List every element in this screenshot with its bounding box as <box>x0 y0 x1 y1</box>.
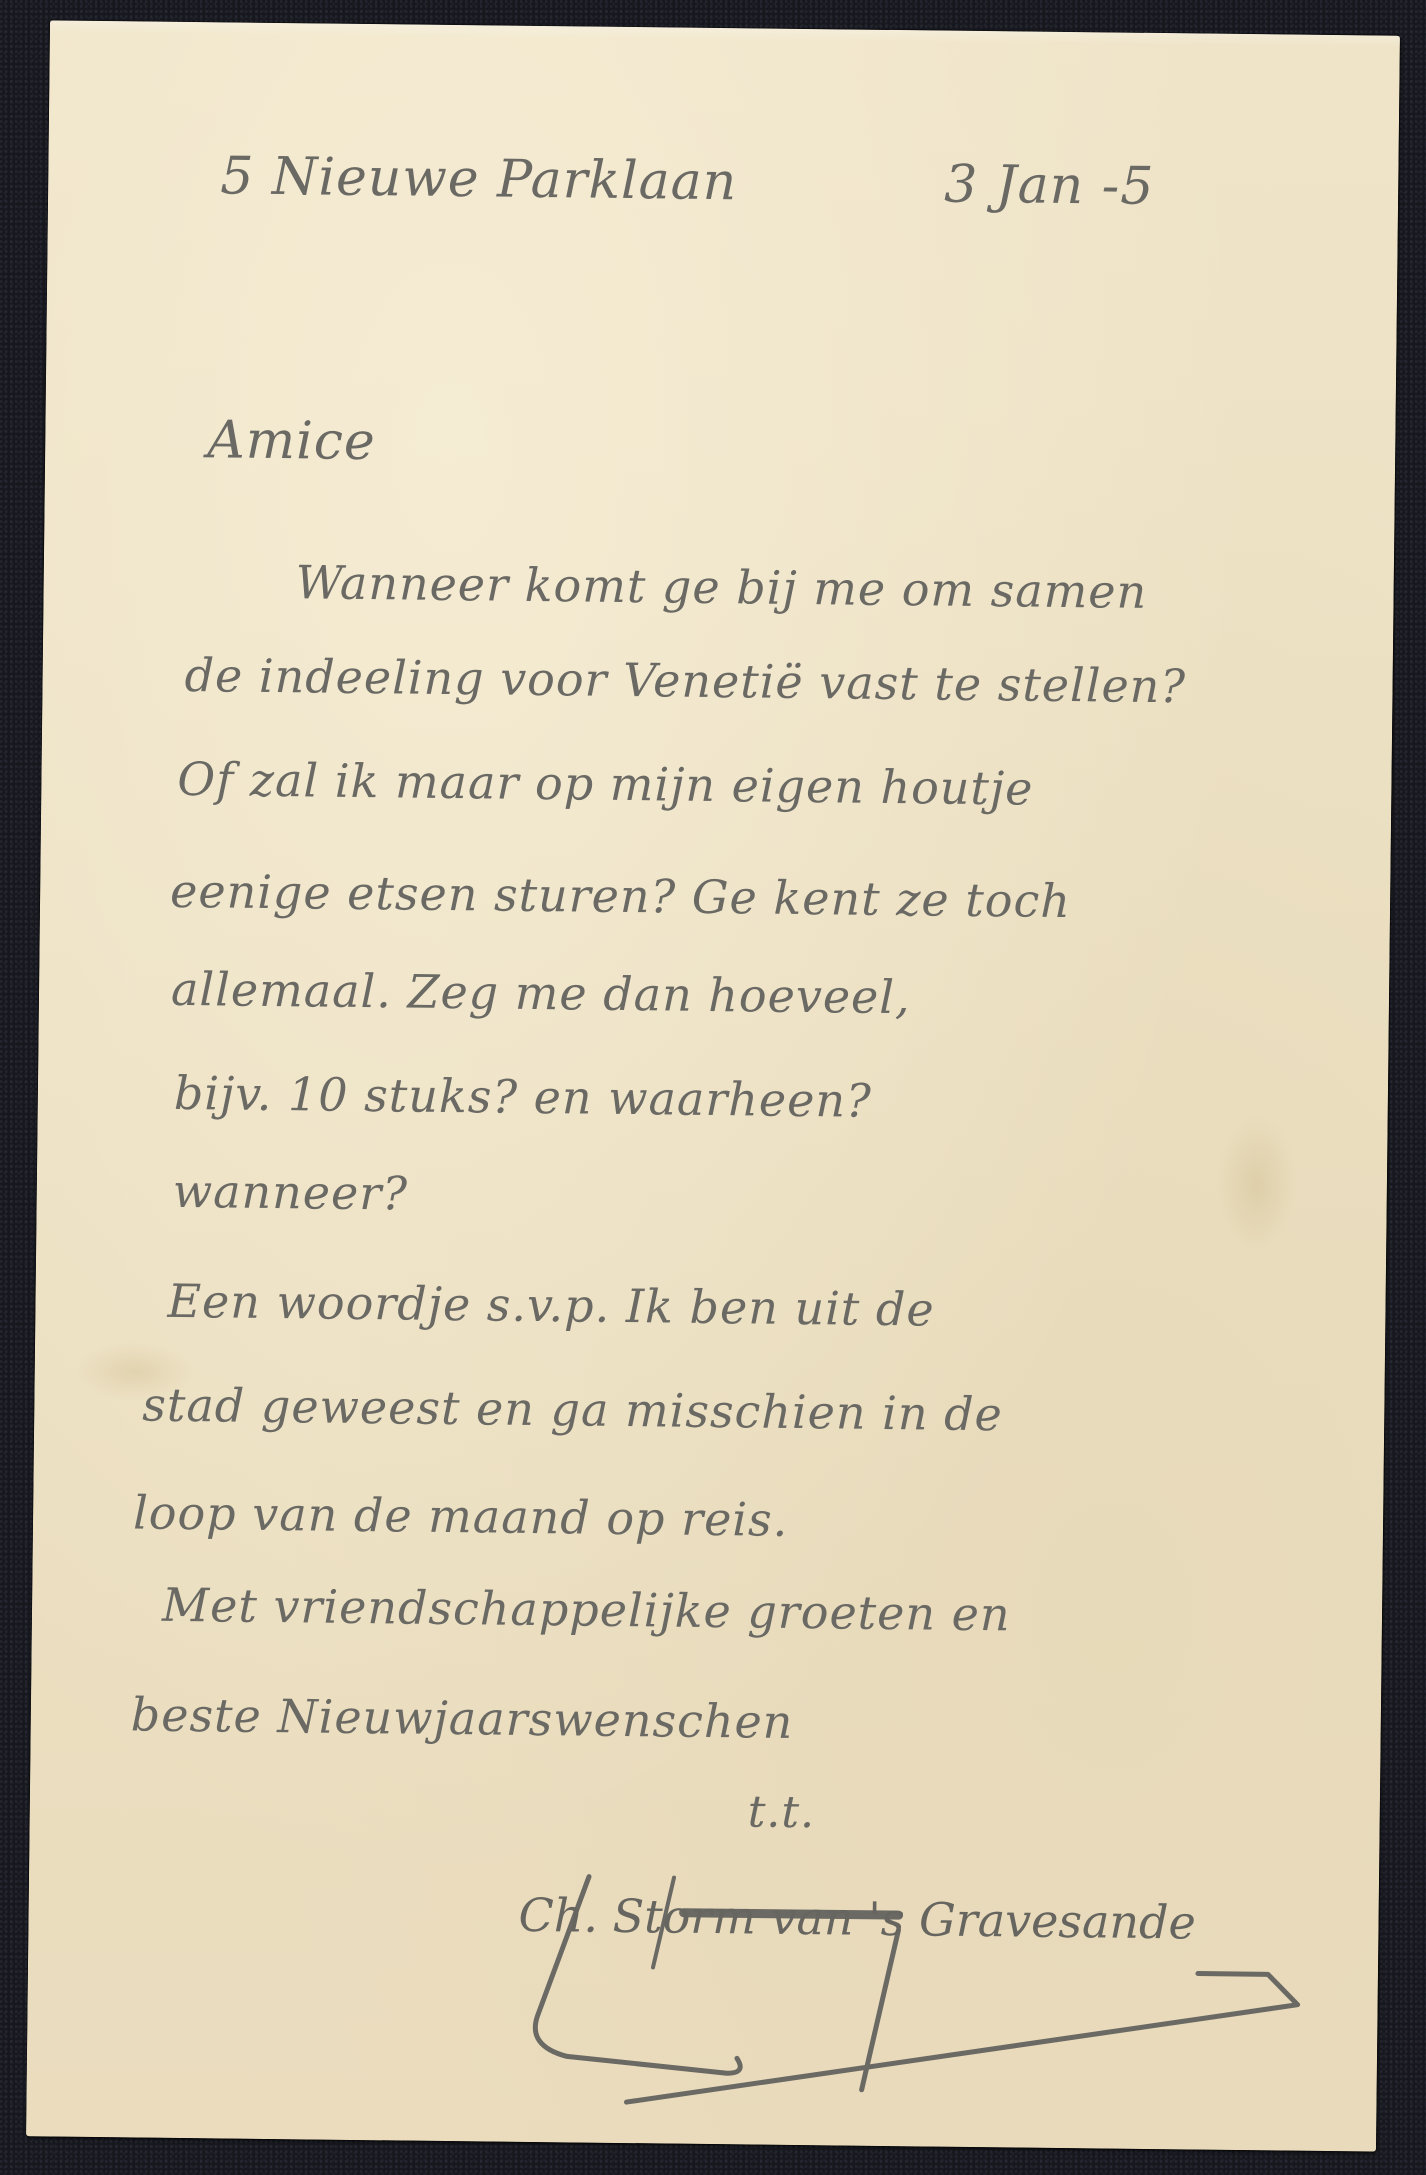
body-line-10: loop van de maand op reis. <box>133 1489 789 1542</box>
header-address: 5 Nieuwe Parklaan <box>220 150 738 208</box>
body-line-11: Met vriendschappelijke groeten en <box>162 1582 1011 1638</box>
header-date: 3 Jan -5 <box>944 159 1155 213</box>
body-line-5: allemaal. Zeg me dan hoeveel, <box>171 966 911 1020</box>
salutation: Amice <box>207 414 376 468</box>
body-line-2: de indeeling voor Venetië vast te stelle… <box>184 652 1186 709</box>
body-line-6: bijv. 10 stuks? en waarheen? <box>174 1070 872 1124</box>
body-line-8: Een woordje s.v.p. Ik ben uit de <box>167 1278 935 1333</box>
body-line-9: stad geweest en ga misschien in de <box>142 1382 1003 1438</box>
signature: Ch. Storm van 's Gravesande <box>518 1888 1196 1950</box>
body-line-3: Of zal ik maar op mijn eigen houtje <box>177 756 1033 812</box>
body-line-4: eenige etsen sturen? Ge kent ze toch <box>170 868 1071 924</box>
letter-paper: 5 Nieuwe Parklaan 3 Jan -5 Amice Wanneer… <box>26 20 1400 2151</box>
body-line-12: beste Nieuwjaarswenschen <box>131 1691 794 1745</box>
paper-edge-highlight <box>50 20 1400 47</box>
closing-tt: t.t. <box>748 1790 816 1835</box>
paper-stain <box>1216 1114 1298 1255</box>
body-line-1: Wanneer komt ge bij me om samen <box>295 559 1147 615</box>
body-line-7: wanneer? <box>173 1168 409 1217</box>
